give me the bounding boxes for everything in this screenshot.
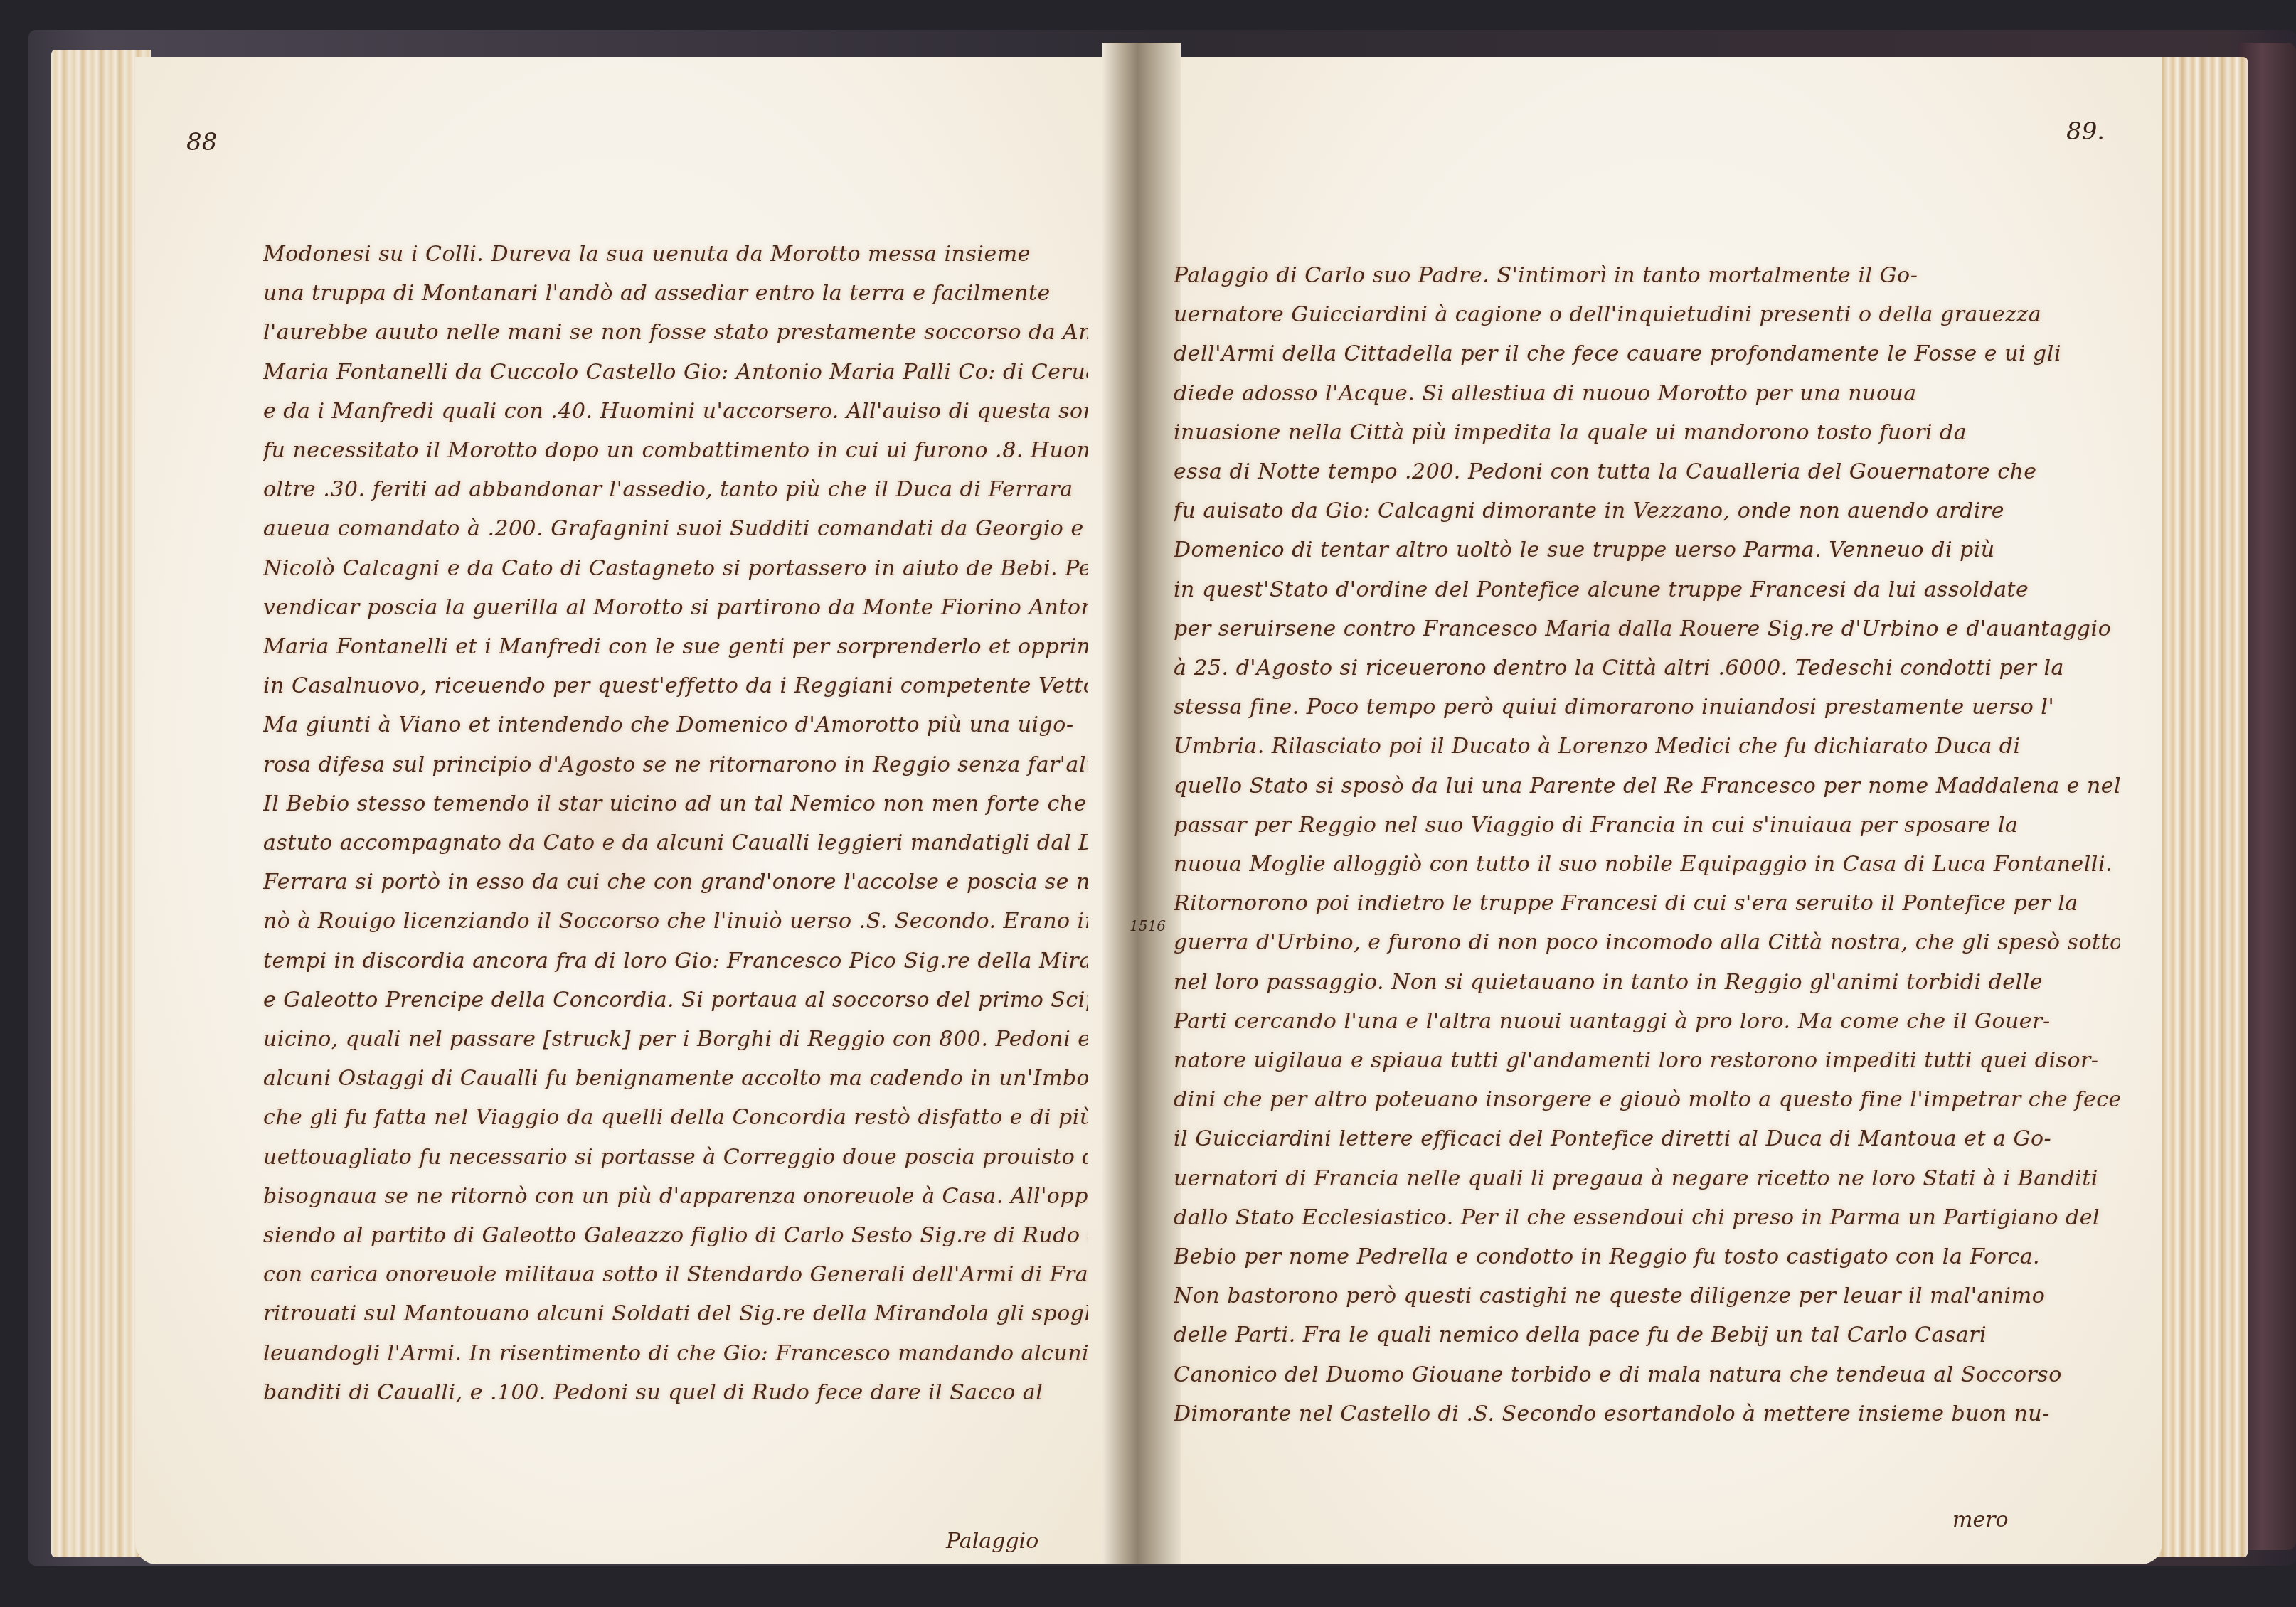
manuscript-line: Modonesi su i Colli. Dureva la sua uenut… bbox=[263, 235, 1088, 274]
manuscript-line: Bebio per nome Pedrella e condotto in Re… bbox=[1174, 1237, 2120, 1276]
manuscript-line: tempi in discordia ancora fra di loro Gi… bbox=[263, 941, 1088, 981]
manuscript-line: uicino, quali nel passare [struck] per i… bbox=[263, 1020, 1088, 1059]
manuscript-line: à 25. d'Agosto si riceuerono dentro la C… bbox=[1174, 648, 2120, 688]
manuscript-line: quello Stato si sposò da lui una Parente… bbox=[1174, 767, 2120, 806]
manuscript-line: Non bastorono però questi castighi ne qu… bbox=[1174, 1276, 2120, 1315]
manuscript-line: aueua comandato à .200. Grafagnini suoi … bbox=[263, 509, 1088, 548]
manuscript-line: banditi di Caualli, e .100. Pedoni su qu… bbox=[263, 1373, 1088, 1412]
manuscript-line: oltre .30. feriti ad abbandonar l'assedi… bbox=[263, 470, 1088, 509]
right-page-text: Palaggio di Carlo suo Padre. S'intimorì … bbox=[1174, 256, 2120, 1434]
manuscript-line: leuandogli l'Armi. In risentimento di ch… bbox=[263, 1334, 1088, 1373]
manuscript-line: nuoua Moglie alloggiò con tutto il suo n… bbox=[1174, 845, 2120, 884]
manuscript-line: e da i Manfredi quali con .40. Huomini u… bbox=[263, 392, 1088, 431]
manuscript-line: Maria Fontanelli da Cuccolo Castello Gio… bbox=[263, 353, 1088, 392]
manuscript-line: Ritornorono poi indietro le truppe Franc… bbox=[1174, 884, 2120, 923]
folio-number-right: 89. bbox=[2066, 117, 2105, 146]
manuscript-line: Parti cercando l'una e l'altra nuoui uan… bbox=[1174, 1002, 2120, 1041]
manuscript-line: per seruirsene contro Francesco Maria da… bbox=[1174, 609, 2120, 648]
manuscript-line: uettouagliato fu necessario si portasse … bbox=[263, 1138, 1088, 1177]
manuscript-line: che gli fu fatta nel Viaggio da quelli d… bbox=[263, 1098, 1088, 1137]
manuscript-line: il Guicciardini lettere efficaci del Pon… bbox=[1174, 1119, 2120, 1158]
manuscript-line: l'aurebbe auuto nelle mani se non fosse … bbox=[263, 313, 1088, 352]
folio-number-left: 88 bbox=[186, 128, 217, 156]
manuscript-line: Ma giunti à Viano et intendendo che Dome… bbox=[263, 705, 1088, 744]
manuscript-line: uernatori di Francia nelle quali li preg… bbox=[1174, 1159, 2120, 1198]
catchword-left: Palaggio bbox=[946, 1529, 1038, 1554]
manuscript-line: inuasione nella Città più impedita la qu… bbox=[1174, 413, 2120, 452]
manuscript-line: nel loro passaggio. Non si quietauano in… bbox=[1174, 963, 2120, 1002]
book-cover-edge bbox=[2239, 43, 2296, 1550]
manuscript-line: Palaggio di Carlo suo Padre. S'intimorì … bbox=[1174, 256, 2120, 295]
manuscript-line: fu necessitato il Morotto dopo un combat… bbox=[263, 431, 1088, 470]
catchword-right: mero bbox=[1952, 1507, 2009, 1532]
manuscript-line: siendo al partito di Galeotto Galeazzo f… bbox=[263, 1216, 1088, 1255]
manuscript-line: fu auisato da Gio: Calcagni dimorante in… bbox=[1174, 491, 2120, 530]
margin-date-note: 1516 bbox=[1130, 917, 1166, 934]
manuscript-line: dallo Stato Ecclesiastico. Per il che es… bbox=[1174, 1198, 2120, 1237]
left-page-text: Modonesi su i Colli. Dureva la sua uenut… bbox=[263, 235, 1088, 1412]
manuscript-line: guerra d'Urbino, e furono di non poco in… bbox=[1174, 923, 2120, 962]
right-page-edges bbox=[2148, 57, 2248, 1557]
manuscript-line: Umbria. Rilasciato poi il Ducato à Loren… bbox=[1174, 727, 2120, 766]
manuscript-line: in quest'Stato d'ordine del Pontefice al… bbox=[1174, 570, 2120, 609]
manuscript-line: Ferrara si portò in esso da cui che con … bbox=[263, 863, 1088, 902]
manuscript-line: nò à Rouigo licenziando il Soccorso che … bbox=[263, 902, 1088, 941]
manuscript-line: Dimorante nel Castello di .S. Secondo es… bbox=[1174, 1394, 2120, 1434]
manuscript-line: Domenico di tentar altro uoltò le sue tr… bbox=[1174, 530, 2120, 570]
manuscript-line: delle Parti. Fra le quali nemico della p… bbox=[1174, 1315, 2120, 1355]
manuscript-line: vendicar poscia la guerilla al Morotto s… bbox=[263, 588, 1088, 627]
manuscript-line: ritrouati sul Mantouano alcuni Soldati d… bbox=[263, 1294, 1088, 1333]
manuscript-line: essa di Notte tempo .200. Pedoni con tut… bbox=[1174, 452, 2120, 491]
manuscript-line: astuto accompagnato da Cato e da alcuni … bbox=[263, 823, 1088, 863]
book-gutter bbox=[1102, 43, 1181, 1564]
manuscript-line: rosa difesa sul principio d'Agosto se ne… bbox=[263, 745, 1088, 784]
manuscript-line: una truppa di Montanari l'andò ad assedi… bbox=[263, 274, 1088, 313]
manuscript-line: bisognaua se ne ritornò con un più d'app… bbox=[263, 1177, 1088, 1216]
manuscript-line: dell'Armi della Cittadella per il che fe… bbox=[1174, 334, 2120, 373]
manuscript-line: natore uigilaua e spiaua tutti gl'andame… bbox=[1174, 1041, 2120, 1080]
manuscript-line: alcuni Ostaggi di Caualli fu benignament… bbox=[263, 1059, 1088, 1098]
manuscript-line: in Casalnuovo, riceuendo per quest'effet… bbox=[263, 666, 1088, 705]
manuscript-line: Nicolò Calcagni e da Cato di Castagneto … bbox=[263, 549, 1088, 588]
manuscript-line: uernatore Guicciardini à cagione o dell'… bbox=[1174, 295, 2120, 334]
manuscript-line: stessa fine. Poco tempo però quiui dimor… bbox=[1174, 688, 2120, 727]
manuscript-line: dini che per altro poteuano insorgere e … bbox=[1174, 1080, 2120, 1119]
manuscript-line: Maria Fontanelli et i Manfredi con le su… bbox=[263, 627, 1088, 666]
manuscript-line: passar per Reggio nel suo Viaggio di Fra… bbox=[1174, 806, 2120, 845]
manuscript-line: Canonico del Duomo Giouane torbido e di … bbox=[1174, 1355, 2120, 1394]
manuscript-line: e Galeotto Prencipe della Concordia. Si … bbox=[263, 981, 1088, 1020]
manuscript-line: con carica onoreuole militaua sotto il S… bbox=[263, 1255, 1088, 1294]
manuscript-line: diede adosso l'Acque. Si allestiua di nu… bbox=[1174, 374, 2120, 413]
manuscript-line: Il Bebio stesso temendo il star uicino a… bbox=[263, 784, 1088, 823]
